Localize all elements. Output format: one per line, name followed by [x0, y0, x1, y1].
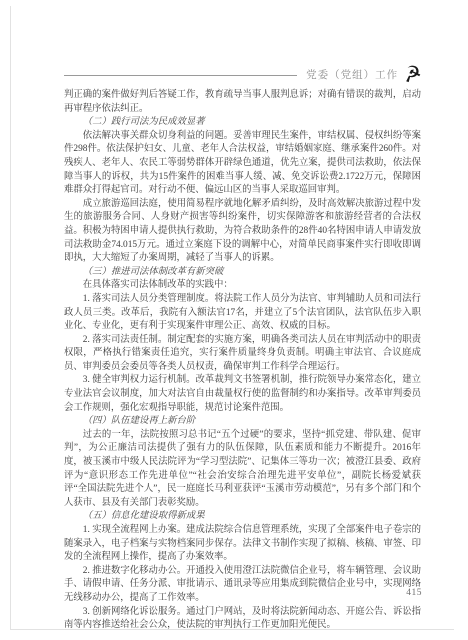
- paragraph: 3. 健全审判权力运行机制。改革裁判文书签署机制，推行院领导办案常态化，建立专业…: [64, 374, 421, 415]
- paragraph: 2. 推进数字化移动办公。开通投入使用澄江法院微信企业号，将车辆管理、会议助手、…: [64, 565, 421, 606]
- paragraph: 过去的一年，法院按照习总书记“五个过硬”的要求，坚持“抓党建、带队建、促审判”，…: [64, 429, 421, 511]
- section-heading: （二）践行司法为民成效显著: [64, 116, 421, 130]
- section-heading: （三）推进司法体制改革有新突破: [64, 266, 421, 280]
- page-number: 415: [406, 588, 422, 598]
- running-header-title: 党委（党组）工作: [306, 67, 398, 82]
- paragraph: 判正确的案件做好判后答疑工作，教育疏导当事人服判息诉；对确有错误的裁判，启动再审…: [64, 89, 421, 116]
- paragraph: 2. 落实司法责任制。制定配套的实施方案，明确各类司法人员在审判活动中的职责权限…: [64, 334, 421, 375]
- party-emblem-icon: ☭: [401, 62, 424, 87]
- paragraph: 1. 实现全流程网上办案。建成法院综合信息管理系统，实现了全部案件电子卷宗的随案…: [64, 524, 421, 565]
- paragraph: 3. 创新网络化诉讼服务。通过门户网站，及时将法院新闻动态、开庭公告、诉讼指南等…: [64, 606, 421, 633]
- paragraph: 1. 落实司法人员分类管理制度。将法院工作人员分为法官、审判辅助人员和司法行政人…: [64, 293, 421, 334]
- running-header: 党委（党组）工作 ☭: [64, 62, 422, 86]
- document-body: 判正确的案件做好判后答疑工作，教育疏导当事人服判息诉；对确有错误的裁判，启动再审…: [64, 89, 421, 633]
- paragraph: 成立旅游巡回法庭，使用简易程序就地化解矛盾纠纷，及时高效解决旅游过程中发生的旅游…: [64, 198, 421, 266]
- header-rule: [64, 75, 297, 76]
- section-heading: （四）队伍建设再上新台阶: [64, 415, 421, 429]
- paragraph: 在具体落实司法体制改革的实践中：: [64, 279, 421, 293]
- section-heading: （五）信息化建设取得新成果: [64, 510, 421, 524]
- paragraph: 依法解决事关群众切身利益的问题。妥善审理民生案件，审结权属、侵权纠纷等案件298…: [64, 130, 421, 198]
- document-page: 党委（党组）工作 ☭ 判正确的案件做好判后答疑工作，教育疏导当事人服判息诉；对确…: [0, 0, 468, 640]
